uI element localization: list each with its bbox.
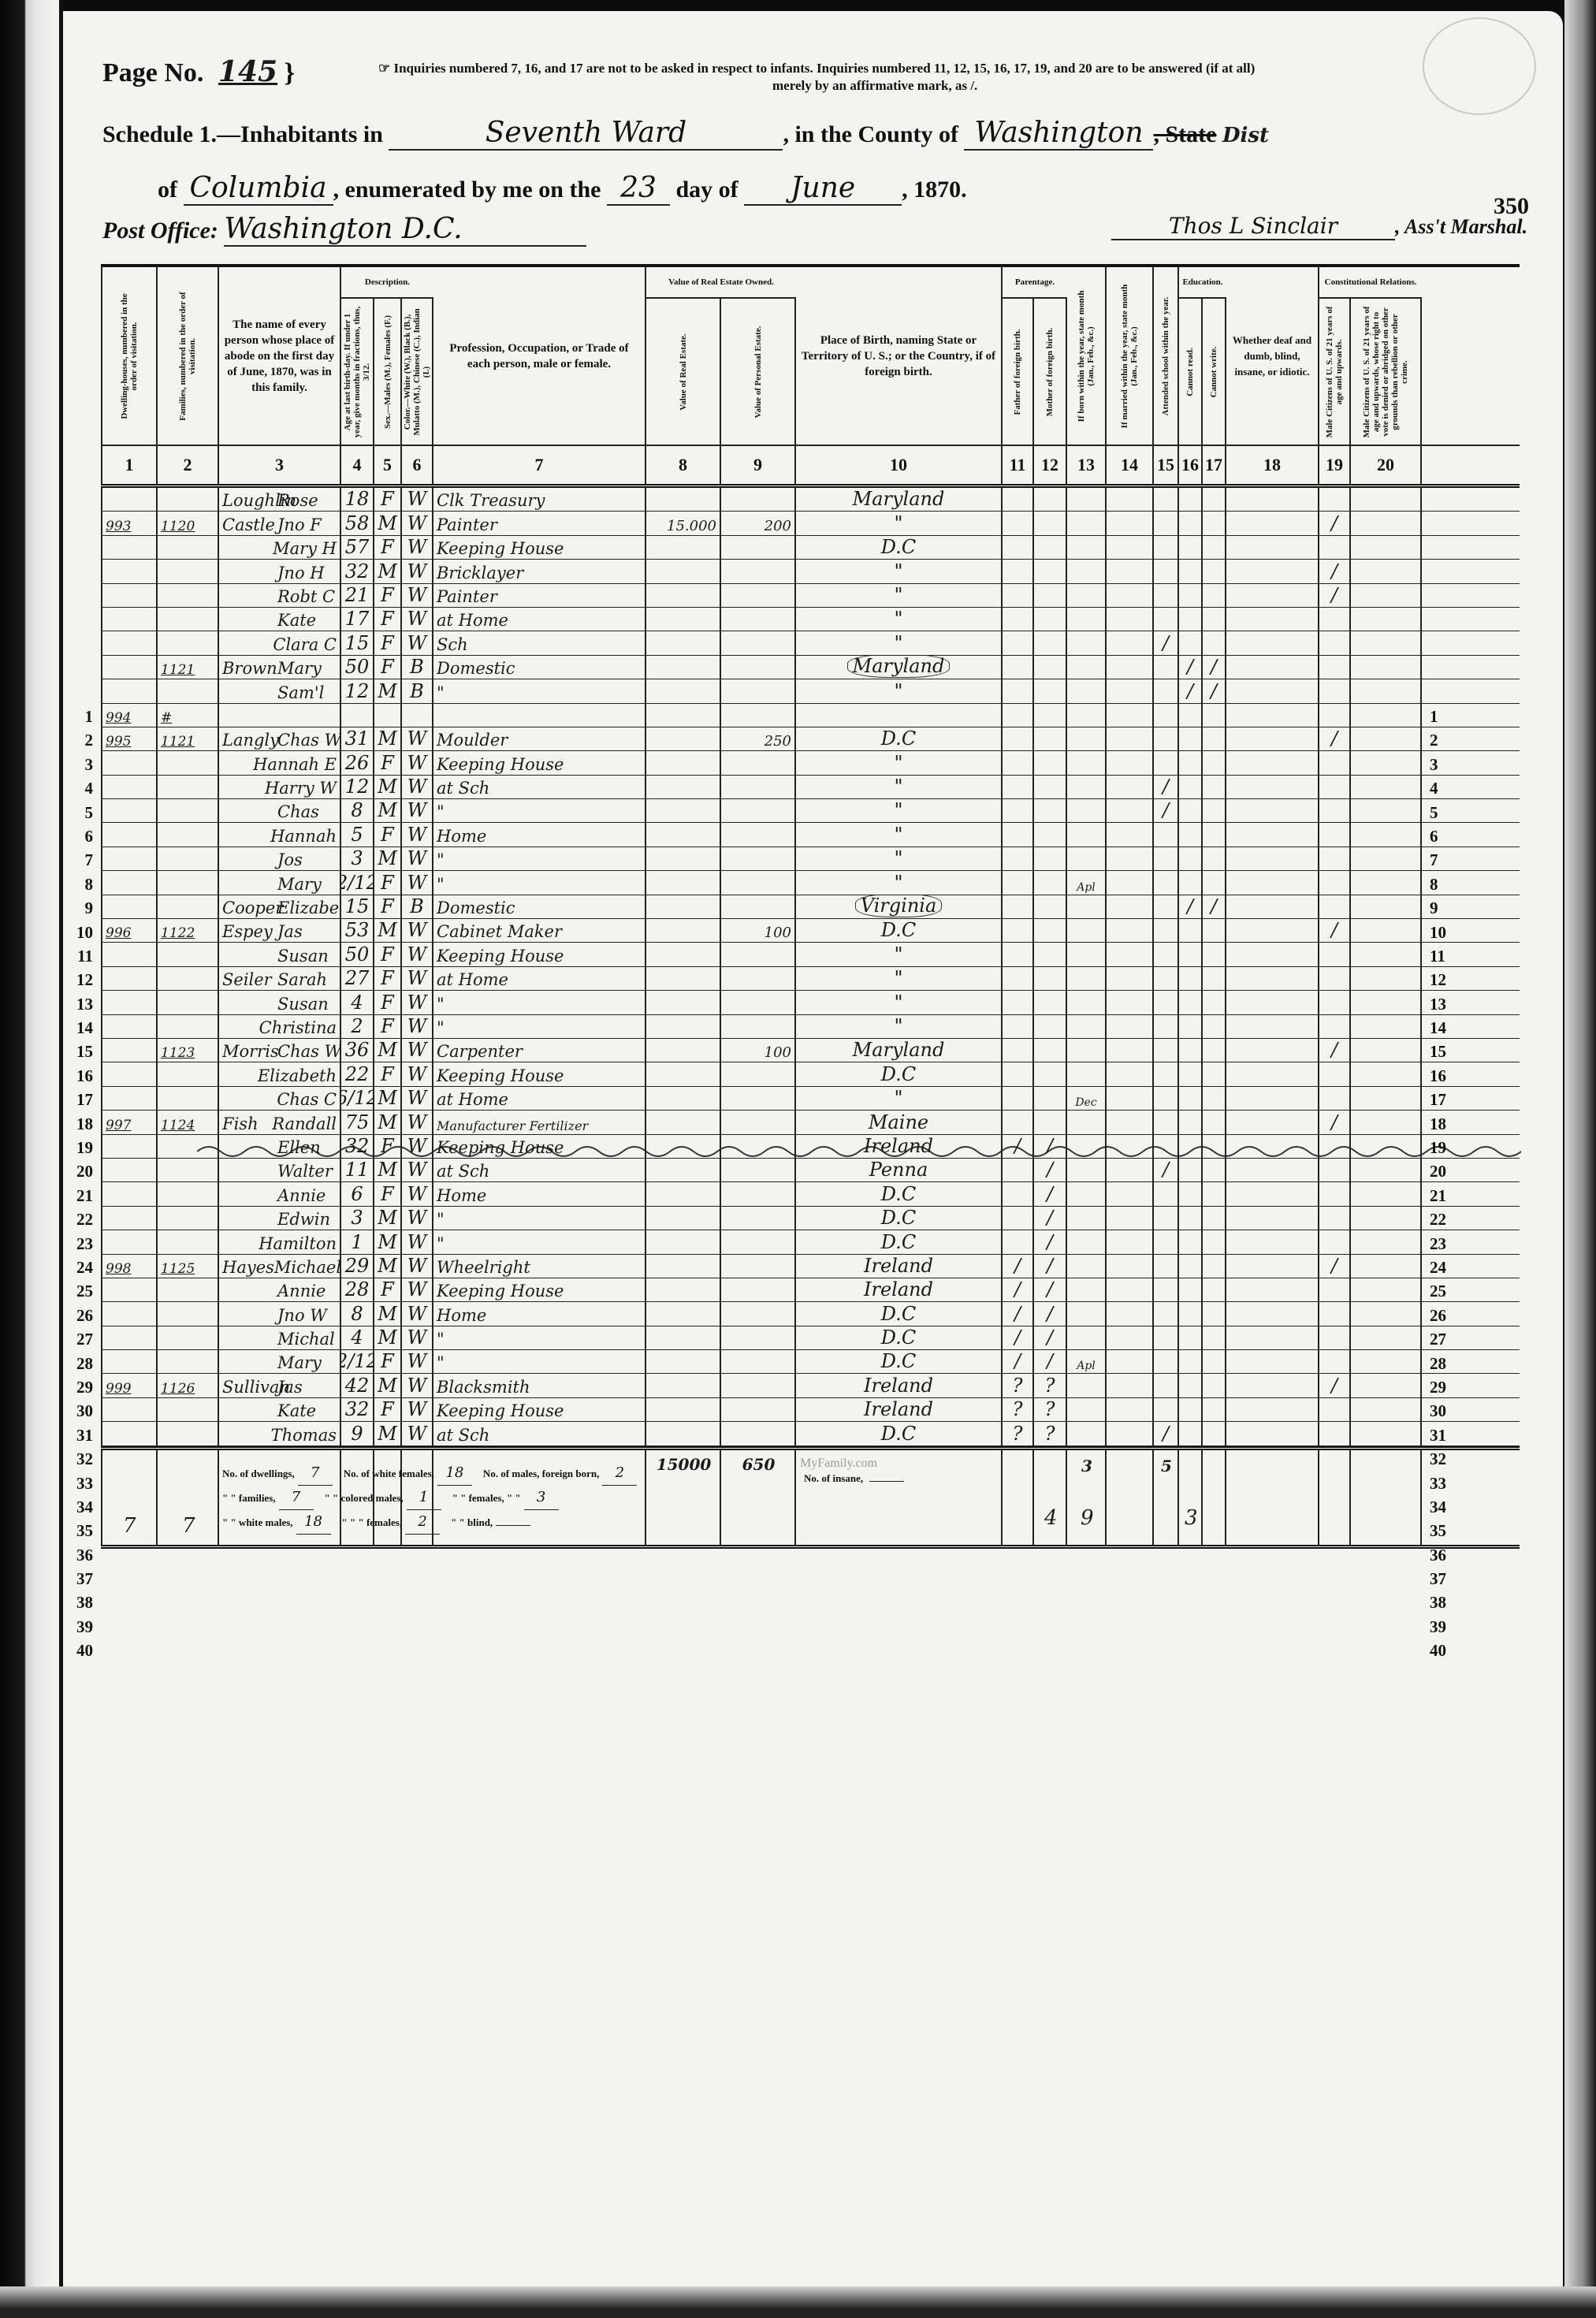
cell-name: Hamilton xyxy=(219,1230,341,1253)
cell-personal: 100 xyxy=(721,1039,796,1062)
line-number-right: 11 xyxy=(1430,947,1461,966)
cell-c11: / xyxy=(1003,1255,1034,1278)
cell-dwelling xyxy=(101,751,158,774)
cell-c13 xyxy=(1067,1255,1107,1278)
cell-personal xyxy=(721,1374,796,1397)
cell-c19 xyxy=(1319,751,1351,774)
cell-c14 xyxy=(1107,1135,1154,1158)
cell-sex: F xyxy=(374,1135,402,1158)
cell-c17 xyxy=(1203,1374,1226,1397)
cell-dwelling: 995 xyxy=(101,727,158,750)
cell-family xyxy=(158,1302,219,1325)
footer-insane: No. of insane, xyxy=(804,1472,904,1485)
cell-c20 xyxy=(1351,704,1422,727)
column-number: 14 xyxy=(1107,446,1154,484)
cell-c14 xyxy=(1107,1255,1154,1278)
cell-personal xyxy=(721,1255,796,1278)
cell-c14 xyxy=(1107,799,1154,822)
cell-sex: F xyxy=(374,871,402,894)
table-row: Annie28FWKeeping HouseIreland// xyxy=(101,1278,1520,1302)
cell-c15 xyxy=(1154,584,1179,607)
cell-birthplace: Ireland xyxy=(796,1398,1003,1421)
insane-value xyxy=(869,1481,904,1482)
header-group-education: Education. xyxy=(1179,267,1226,299)
cell-c17 xyxy=(1203,727,1226,750)
cell-personal xyxy=(721,823,796,846)
cell-dwelling xyxy=(101,871,158,894)
enumeration-line: of Columbia, enumerated by me on the 23 … xyxy=(158,172,967,206)
cell-c12 xyxy=(1034,967,1067,990)
cell-occupation: Painter xyxy=(433,512,646,534)
cell-c12 xyxy=(1034,919,1067,942)
cell-c18 xyxy=(1226,488,1319,511)
cell-c17 xyxy=(1203,1350,1226,1373)
cell-occupation: Blacksmith xyxy=(433,1374,646,1397)
table-row: Hamilton1MW"D.C/ xyxy=(101,1230,1520,1254)
cell-color: B xyxy=(402,679,433,702)
cell-sex: M xyxy=(374,799,402,822)
cell-c13 xyxy=(1067,1207,1107,1230)
cell-c17 xyxy=(1203,631,1226,654)
table-row: 1123MorrisChas W36MWCarpenter100Maryland… xyxy=(101,1039,1520,1062)
cell-c15 xyxy=(1154,1350,1179,1373)
cell-age: 53 xyxy=(341,919,374,942)
footer-label: " " colored males, xyxy=(325,1486,404,1510)
cell-personal xyxy=(721,991,796,1014)
cell-c11 xyxy=(1003,919,1034,942)
cell-c14 xyxy=(1107,1302,1154,1325)
cell-family xyxy=(158,1278,219,1301)
surname: Morris xyxy=(222,1042,277,1061)
table-row: Annie6FWHomeD.C/ xyxy=(101,1182,1520,1206)
cell-family xyxy=(158,847,219,870)
cell-personal xyxy=(721,751,796,774)
cell-age: 57 xyxy=(341,536,374,559)
line-number-left: 29 xyxy=(61,1378,93,1397)
cell-c13 xyxy=(1067,1278,1107,1301)
cell-sex: F xyxy=(374,991,402,1014)
cell-c11 xyxy=(1003,560,1034,582)
cell-color: W xyxy=(402,1207,433,1230)
tally-col-2: 7 xyxy=(182,1514,195,1538)
table-row: Thomas9MWat SchD.C??/ xyxy=(101,1422,1520,1445)
cell-real xyxy=(646,584,721,607)
cell-family xyxy=(158,943,219,966)
cell-c14 xyxy=(1107,1207,1154,1230)
cell-c20 xyxy=(1351,1062,1422,1085)
cell-name: HayesMichael xyxy=(219,1255,341,1278)
cell-c13 xyxy=(1067,512,1107,534)
scan-left-rule xyxy=(59,0,63,2318)
post-office-label: Post Office: xyxy=(102,218,218,244)
table-row: Jos3MW"" xyxy=(101,847,1520,871)
given-name: Susan xyxy=(277,995,329,1014)
cell-color: W xyxy=(402,488,433,511)
given-name: Elizabeth xyxy=(277,899,341,917)
cell-c19: / xyxy=(1319,584,1351,607)
cell-real xyxy=(646,943,721,966)
cell-c17 xyxy=(1203,1111,1226,1133)
year-label: , 1870. xyxy=(902,177,967,203)
cell-c19 xyxy=(1319,871,1351,894)
cell-occupation: at Home xyxy=(433,967,646,990)
cell-c11 xyxy=(1003,847,1034,870)
cell-c14 xyxy=(1107,1278,1154,1301)
cell-c15 xyxy=(1154,847,1179,870)
cell-c11: / xyxy=(1003,1326,1034,1349)
cell-c18 xyxy=(1226,895,1319,918)
cell-c15 xyxy=(1154,704,1179,727)
line-number-left: 2 xyxy=(61,731,93,750)
cell-c14 xyxy=(1107,847,1154,870)
cell-c16 xyxy=(1179,823,1203,846)
header-label: Value of Real Estate. xyxy=(679,305,688,439)
cell-c18 xyxy=(1226,776,1319,798)
line-number-right: 1 xyxy=(1430,707,1461,727)
cell-real xyxy=(646,919,721,942)
line-number-right: 17 xyxy=(1430,1090,1461,1110)
table-row: 9991126SullivanJas42MWBlacksmithIreland?… xyxy=(101,1374,1520,1397)
cell-dwelling: 994 xyxy=(101,704,158,727)
cell-birthplace: " xyxy=(796,584,1003,607)
cell-age: 21 xyxy=(341,584,374,607)
cell-c14 xyxy=(1107,1182,1154,1205)
enumerated-label: , enumerated by me on the xyxy=(333,177,601,203)
cell-c18 xyxy=(1226,584,1319,607)
cell-dwelling: 993 xyxy=(101,512,158,534)
cell-occupation: Bricklayer xyxy=(433,560,646,582)
cell-c16 xyxy=(1179,1302,1203,1325)
cell-name: Mary H xyxy=(219,536,341,559)
header-col-7: Profession, Occupation, or Trade of each… xyxy=(433,267,646,445)
given-name: Mary xyxy=(277,659,322,678)
cell-birthplace: Ireland xyxy=(796,1278,1003,1301)
cell-c13 xyxy=(1067,1062,1107,1085)
cell-c16 xyxy=(1179,871,1203,894)
cell-c14 xyxy=(1107,704,1154,727)
cell-dwelling xyxy=(101,1062,158,1085)
cell-personal xyxy=(721,1062,796,1085)
line-number-left: 31 xyxy=(61,1426,93,1445)
line-number-left: 27 xyxy=(61,1330,93,1349)
cell-color: W xyxy=(402,1039,433,1062)
cell-c11 xyxy=(1003,967,1034,990)
cell-c17 xyxy=(1203,1278,1226,1301)
cell-c16 xyxy=(1179,1326,1203,1349)
cell-birthplace: " xyxy=(796,776,1003,798)
footer-cell xyxy=(1203,1450,1226,1545)
cell-sex: F xyxy=(374,656,402,679)
cell-c19 xyxy=(1319,1350,1351,1373)
cell-c13 xyxy=(1067,560,1107,582)
cell-name: CooperElizabeth xyxy=(219,895,341,918)
cell-c20 xyxy=(1351,1350,1422,1373)
cell-age: 8 xyxy=(341,799,374,822)
footer-value: 1 xyxy=(407,1486,441,1510)
cell-c18 xyxy=(1226,919,1319,942)
cell-c14 xyxy=(1107,631,1154,654)
cell-age: 42 xyxy=(341,1374,374,1397)
cell-c12 xyxy=(1034,512,1067,534)
cell-occupation: Manufacturer Fertilizer xyxy=(433,1111,646,1133)
cell-sex: F xyxy=(374,488,402,511)
cell-c18 xyxy=(1226,704,1319,727)
cell-color: W xyxy=(402,631,433,654)
line-number-right: 19 xyxy=(1430,1138,1461,1158)
cell-name: FishRandall xyxy=(219,1111,341,1133)
cell-c20 xyxy=(1351,488,1422,511)
column-number: 13 xyxy=(1067,446,1107,484)
table-row: Harry W12MWat Sch"/ xyxy=(101,776,1520,799)
cell-c20 xyxy=(1351,895,1422,918)
line-number-left: 26 xyxy=(61,1306,93,1326)
cell-name: Elizabeth xyxy=(219,1062,341,1085)
cell-c15 xyxy=(1154,991,1179,1014)
cell-c15 xyxy=(1154,1278,1179,1301)
cell-c14 xyxy=(1107,536,1154,559)
cell-c18 xyxy=(1226,991,1319,1014)
cell-c17: / xyxy=(1203,679,1226,702)
cell-c12 xyxy=(1034,776,1067,798)
footer-label: No. of white females, xyxy=(344,1462,434,1486)
cell-c18 xyxy=(1226,560,1319,582)
cell-name xyxy=(219,704,341,727)
cell-sex: F xyxy=(374,1182,402,1205)
column-number: 5 xyxy=(374,446,402,484)
cell-c17 xyxy=(1203,1255,1226,1278)
line-number-right: 16 xyxy=(1430,1066,1461,1086)
cell-c16 xyxy=(1179,799,1203,822)
cell-name: MorrisChas W xyxy=(219,1039,341,1062)
cell-color: W xyxy=(402,1422,433,1445)
cell-sex: M xyxy=(374,1111,402,1133)
cell-occupation xyxy=(433,704,646,727)
cell-dwelling xyxy=(101,1182,158,1205)
cell-color: W xyxy=(402,727,433,750)
given-name: Jas xyxy=(277,922,303,941)
cell-dwelling xyxy=(101,1135,158,1158)
cell-birthplace xyxy=(796,704,1003,727)
cell-sex: M xyxy=(374,919,402,942)
cell-family xyxy=(158,967,219,990)
cell-c16 xyxy=(1179,1230,1203,1253)
cell-color: W xyxy=(402,1302,433,1325)
cell-dwelling xyxy=(101,1326,158,1349)
cell-c11: / xyxy=(1003,1135,1034,1158)
line-number-left: 7 xyxy=(61,850,93,870)
cell-c12 xyxy=(1034,704,1067,727)
line-number-right: 22 xyxy=(1430,1210,1461,1230)
given-name: Hannah E xyxy=(253,755,337,774)
cell-c20 xyxy=(1351,1422,1422,1445)
line-number-right: 39 xyxy=(1430,1617,1461,1637)
column-number: 19 xyxy=(1319,446,1351,484)
page-number-value: 145 xyxy=(218,55,277,88)
page-number-label: Page No. xyxy=(102,58,203,87)
cell-c13 xyxy=(1067,967,1107,990)
header-col-3: The name of every person whose place of … xyxy=(219,267,341,445)
table-row: Hannah5FWHome" xyxy=(101,823,1520,846)
cell-age: 4 xyxy=(341,991,374,1014)
given-name: Walter xyxy=(277,1162,333,1181)
footer-value: 2 xyxy=(405,1510,440,1535)
line-number-left: 15 xyxy=(61,1042,93,1062)
cell-c16 xyxy=(1179,1159,1203,1181)
cell-real xyxy=(646,679,721,702)
cell-name: Robt C xyxy=(219,584,341,607)
given-name: Elizabeth xyxy=(258,1066,337,1085)
cell-c12 xyxy=(1034,560,1067,582)
cell-c15 xyxy=(1154,1039,1179,1062)
cell-c14 xyxy=(1107,991,1154,1014)
cell-name: SeilerSarah xyxy=(219,967,341,990)
cell-family xyxy=(158,776,219,798)
cell-c12 xyxy=(1034,895,1067,918)
cell-family xyxy=(158,1398,219,1421)
cell-c12: / xyxy=(1034,1302,1067,1325)
cell-age: 26 xyxy=(341,751,374,774)
cell-name: Kate xyxy=(219,1398,341,1421)
cell-c16 xyxy=(1179,727,1203,750)
cell-color: W xyxy=(402,1015,433,1038)
cell-c14 xyxy=(1107,584,1154,607)
cell-birthplace: " xyxy=(796,799,1003,822)
cell-c14 xyxy=(1107,488,1154,511)
line-number-left: 24 xyxy=(61,1258,93,1278)
line-number-left: 32 xyxy=(61,1449,93,1469)
cell-c11 xyxy=(1003,991,1034,1014)
cell-personal xyxy=(721,631,796,654)
cell-c17 xyxy=(1203,704,1226,727)
cell-c15 xyxy=(1154,919,1179,942)
cell-age: 2/12 xyxy=(341,1350,374,1373)
cell-c20 xyxy=(1351,943,1422,966)
cell-sex: F xyxy=(374,943,402,966)
cell-c13 xyxy=(1067,919,1107,942)
cell-c11 xyxy=(1003,1207,1034,1230)
cell-c15 xyxy=(1154,943,1179,966)
table-row: 9961122EspeyJas53MWCabinet Maker100D.C/ xyxy=(101,919,1520,943)
cell-real xyxy=(646,727,721,750)
cell-real xyxy=(646,967,721,990)
cell-birthplace: D.C xyxy=(796,1062,1003,1085)
cell-c13 xyxy=(1067,1302,1107,1325)
cell-c13 xyxy=(1067,1374,1107,1397)
cell-personal xyxy=(721,679,796,702)
cell-age: 36 xyxy=(341,1039,374,1062)
cell-dwelling: 998 xyxy=(101,1255,158,1278)
surname: Sullivan xyxy=(222,1378,277,1397)
cell-c18 xyxy=(1226,967,1319,990)
cell-occupation: Home xyxy=(433,1182,646,1205)
cell-c20 xyxy=(1351,967,1422,990)
instructions-notice: ☞ Inquiries numbered 7, 16, and 17 are n… xyxy=(378,60,1545,95)
cell-c13 xyxy=(1067,847,1107,870)
cell-personal xyxy=(721,1422,796,1445)
footer-summary-line: " " white males,18" " " females,2" " bli… xyxy=(222,1510,648,1535)
cell-c20 xyxy=(1351,1159,1422,1181)
cell-c19: / xyxy=(1319,1111,1351,1133)
cell-c18 xyxy=(1226,799,1319,822)
cell-dwelling xyxy=(101,1422,158,1445)
cell-c15 xyxy=(1154,512,1179,534)
cell-real xyxy=(646,1087,721,1110)
cell-c12: / xyxy=(1034,1230,1067,1253)
cell-personal: 200 xyxy=(721,512,796,534)
cell-c12 xyxy=(1034,679,1067,702)
cell-age: 32 xyxy=(341,1135,374,1158)
cell-c18 xyxy=(1226,1326,1319,1349)
cell-birthplace: " xyxy=(796,847,1003,870)
column-number: 1 xyxy=(101,446,158,484)
cell-personal: 100 xyxy=(721,919,796,942)
cell-c19 xyxy=(1319,608,1351,631)
cell-name: BrownMary xyxy=(219,656,341,679)
cell-dwelling xyxy=(101,1159,158,1181)
cell-c18 xyxy=(1226,823,1319,846)
line-number-left: 35 xyxy=(61,1521,93,1541)
line-number-right: 7 xyxy=(1430,850,1461,870)
cell-real xyxy=(646,1062,721,1085)
cell-dwelling xyxy=(101,1278,158,1301)
cell-family xyxy=(158,751,219,774)
cell-c20 xyxy=(1351,560,1422,582)
cell-dwelling xyxy=(101,1087,158,1110)
cell-c11 xyxy=(1003,776,1034,798)
cell-color: W xyxy=(402,799,433,822)
cell-c14 xyxy=(1107,1062,1154,1085)
line-number-right: 26 xyxy=(1430,1306,1461,1326)
cell-real xyxy=(646,799,721,822)
given-name: Susan xyxy=(277,947,329,966)
cell-c13: Apl xyxy=(1067,1350,1107,1373)
cell-birthplace: D.C xyxy=(796,727,1003,750)
line-number-left: 33 xyxy=(61,1474,93,1494)
cell-c15 xyxy=(1154,536,1179,559)
cell-c11 xyxy=(1003,679,1034,702)
cell-c15 xyxy=(1154,1255,1179,1278)
cell-age: 31 xyxy=(341,727,374,750)
header-col-10: Place of Birth, naming State or Territor… xyxy=(796,267,1003,445)
cell-age: 27 xyxy=(341,967,374,990)
cell-real xyxy=(646,560,721,582)
cell-c17 xyxy=(1203,584,1226,607)
cell-c14 xyxy=(1107,608,1154,631)
cell-family xyxy=(158,1135,219,1158)
cell-c19 xyxy=(1319,488,1351,511)
table-row: Walter11MWat SchPenna// xyxy=(101,1159,1520,1182)
cell-c17: / xyxy=(1203,895,1226,918)
cell-c20 xyxy=(1351,512,1422,534)
cell-real xyxy=(646,776,721,798)
column-number: 15 xyxy=(1154,446,1179,484)
footer-label: No. of dwellings, xyxy=(222,1462,295,1486)
cell-c20 xyxy=(1351,631,1422,654)
footer-label: " " blind, xyxy=(451,1511,493,1535)
cell-c17 xyxy=(1203,967,1226,990)
cell-family xyxy=(158,1015,219,1038)
footer-cell xyxy=(1179,1450,1203,1545)
census-table: Dwelling-houses, numbered in the order o… xyxy=(101,264,1520,1549)
cell-personal xyxy=(721,704,796,727)
cell-c20 xyxy=(1351,847,1422,870)
cell-real xyxy=(646,847,721,870)
line-number-right: 35 xyxy=(1430,1521,1461,1541)
cell-name: Susan xyxy=(219,991,341,1014)
table-row: Kate32FWKeeping HouseIreland?? xyxy=(101,1398,1520,1422)
cell-c18 xyxy=(1226,1350,1319,1373)
cell-name: Jos xyxy=(219,847,341,870)
